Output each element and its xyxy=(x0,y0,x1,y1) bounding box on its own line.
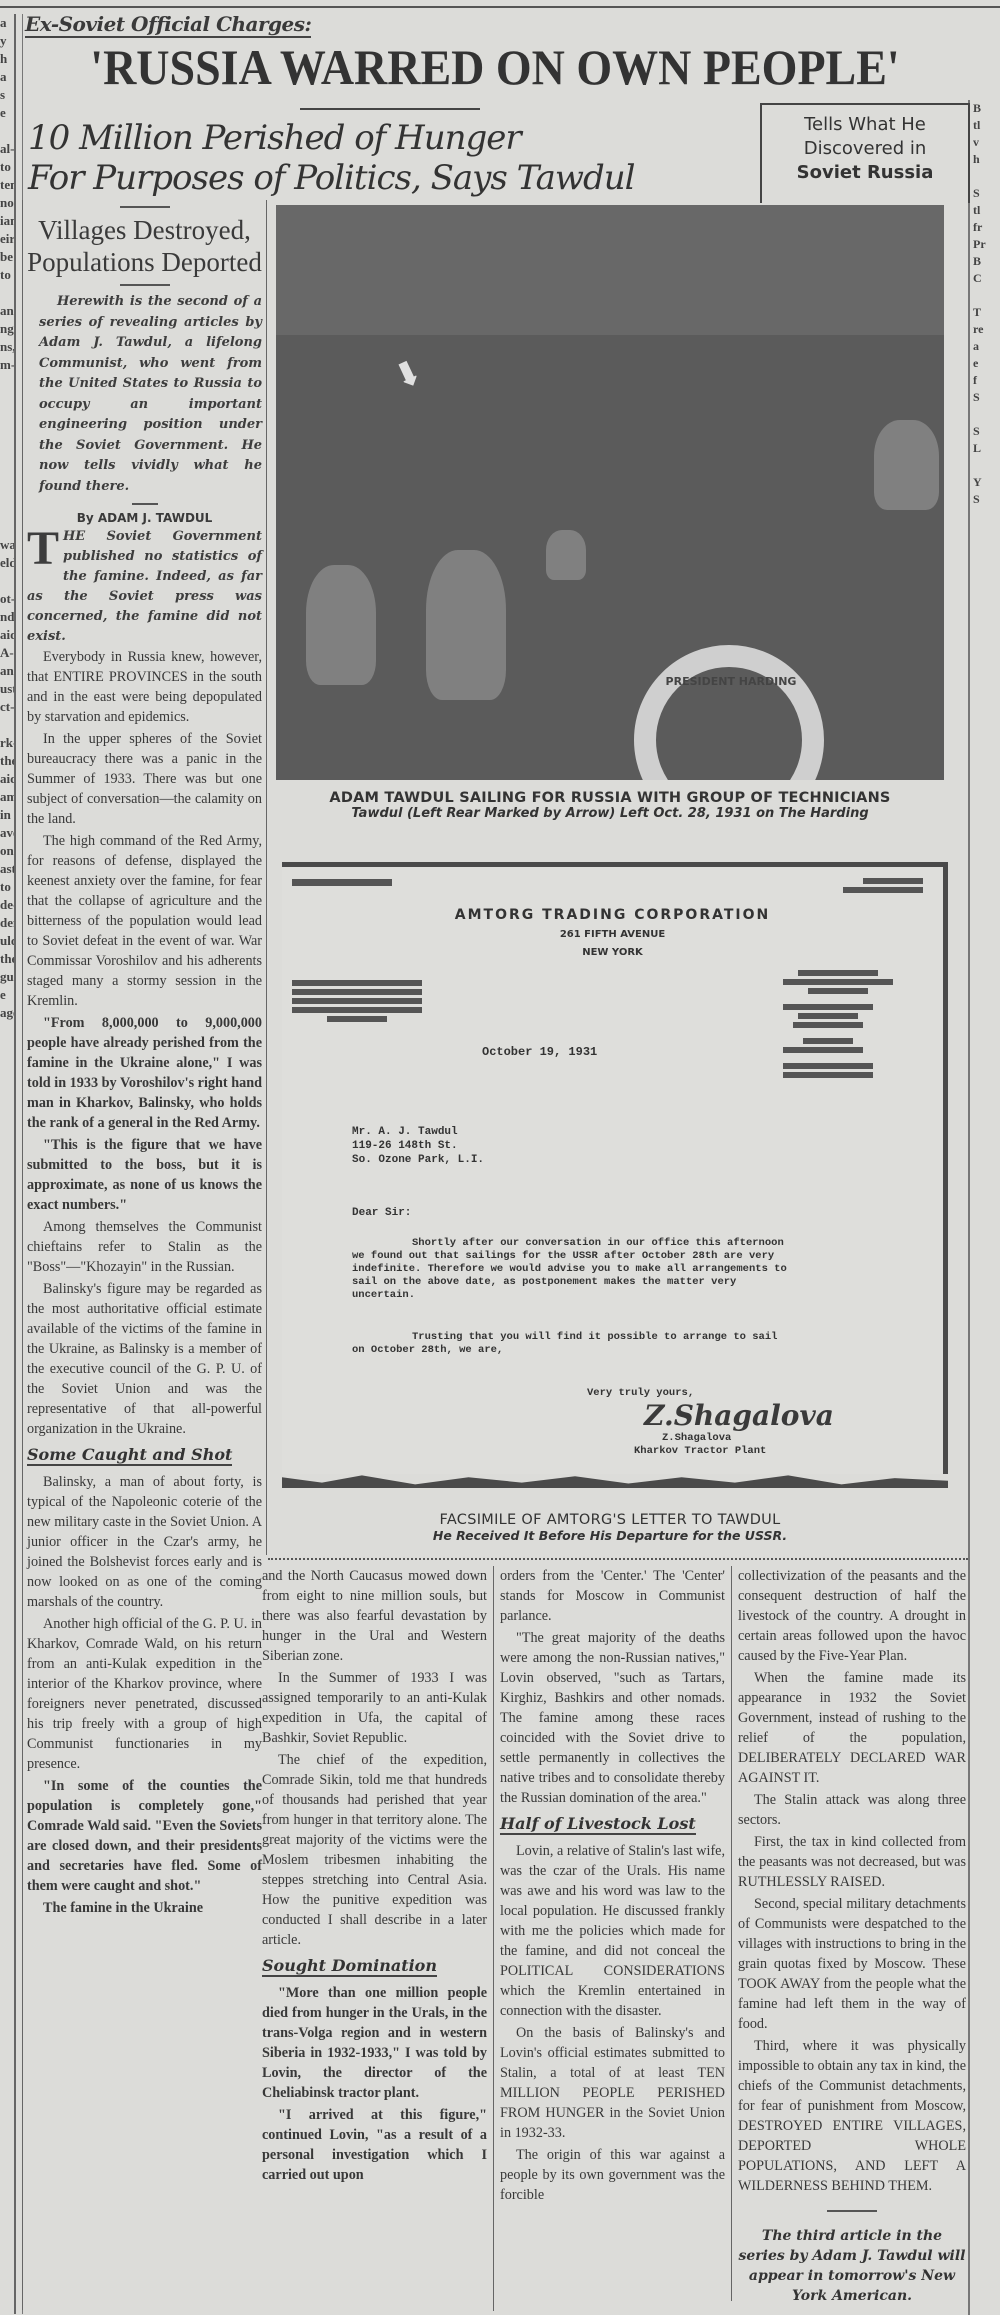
photo-figure xyxy=(546,530,586,580)
paragraph: orders from the 'Center.' The 'Center' s… xyxy=(500,1566,725,1626)
edge-text-fragment: a xyxy=(970,338,1000,355)
column-rule xyxy=(22,200,23,2310)
headline-rule xyxy=(300,108,480,110)
column-rule xyxy=(493,1566,494,2311)
edge-text-fragment: gue xyxy=(0,968,14,986)
edge-text-fragment: the xyxy=(0,752,14,770)
edge-text-fragment: the xyxy=(0,950,14,968)
edge-text-fragment xyxy=(0,446,14,464)
edge-text-fragment: h xyxy=(970,151,1000,168)
edge-text-fragment: B xyxy=(970,100,1000,117)
drop-cap: T xyxy=(27,529,59,569)
paragraph: "The great majority of the deaths were a… xyxy=(500,1628,725,1808)
article-column-4: collectivization of the peasants and the… xyxy=(738,1566,966,2306)
edge-text-fragment: uld xyxy=(0,932,14,950)
lead-paragraph: THE Soviet Government published no stati… xyxy=(27,527,262,647)
edge-text-fragment: nd xyxy=(0,608,14,626)
arrow-marker-icon: ⬇ xyxy=(387,351,430,399)
letter-recipient: Mr. A. J. Tawdul119-26 148th St.So. Ozon… xyxy=(352,1125,484,1167)
body-text: and the North Caucasus mowed down from e… xyxy=(262,1566,487,1950)
edge-text-fragment: no- xyxy=(0,194,14,212)
edge-text-fragment xyxy=(0,518,14,536)
article-column-1: Villages Destroyed, Populations Deported… xyxy=(27,200,262,1920)
edge-text-fragment: be xyxy=(0,248,14,266)
photo-figure xyxy=(306,565,376,685)
paragraph: collectivization of the peasants and the… xyxy=(738,1566,966,1666)
edge-text-fragment xyxy=(970,168,1000,185)
edge-text-fragment: ian xyxy=(0,212,14,230)
letter-signature: Z.Shagalova xyxy=(644,1399,834,1432)
paragraph: In the Summer of 1933 I was assigned tem… xyxy=(262,1668,487,1748)
letterhead-cable xyxy=(843,875,923,896)
edge-text-fragment: to xyxy=(0,158,14,176)
sidebar-box-line-1: Tells What He xyxy=(762,113,968,137)
letter-paragraph-2: Trusting that you will find it possible … xyxy=(352,1331,792,1357)
paragraph: When the famine made its appearance in 1… xyxy=(738,1668,966,1788)
sidebar-box-line-2: Discovered in xyxy=(762,137,968,161)
paragraph: "This is the figure that we have submitt… xyxy=(27,1135,262,1215)
edge-text-fragment: fr xyxy=(970,219,1000,236)
edge-text-fragment: ct- xyxy=(0,698,14,716)
edge-text-fragment: am xyxy=(0,788,14,806)
body-text: Balinsky, a man of about forty, is typic… xyxy=(27,1472,262,1918)
edge-text-fragment: a xyxy=(0,14,14,32)
paragraph: Third, where it was physically impossibl… xyxy=(738,2036,966,2196)
edge-text-fragment: eld xyxy=(0,554,14,572)
paragraph: Balinsky, a man of about forty, is typic… xyxy=(27,1472,262,1612)
recipient-street: 119-26 148th St. xyxy=(352,1139,484,1153)
sidebar-box: Tells What He Discovered in Soviet Russi… xyxy=(760,103,970,203)
paragraph: "In some of the counties the population … xyxy=(27,1776,262,1896)
edge-text-fragment: A- xyxy=(0,644,14,662)
photo-figure xyxy=(426,550,506,700)
edge-text-fragment: re xyxy=(970,321,1000,338)
edge-text-fragment xyxy=(0,464,14,482)
paragraph: Lovin, a relative of Stalin's last wife,… xyxy=(500,1841,725,2021)
edge-text-fragment xyxy=(0,716,14,734)
edge-text-fragment xyxy=(0,482,14,500)
subhead: Villages Destroyed, Populations Deported xyxy=(27,214,262,278)
edge-text-fragment: age xyxy=(0,1004,14,1022)
sidebar-box-line-3: Soviet Russia xyxy=(762,161,968,185)
letterhead-city: NEW YORK xyxy=(282,947,943,958)
paragraph: "More than one million people died from … xyxy=(262,1983,487,2103)
letter-caption: FACSIMILE OF AMTORG'S LETTER TO TAWDUL H… xyxy=(276,1512,944,1543)
edge-text-fragment: de- xyxy=(0,896,14,914)
edge-text-fragment: e xyxy=(0,986,14,1004)
separator xyxy=(132,503,158,505)
edge-text-fragment: al- xyxy=(0,140,14,158)
edge-text-fragment: ave xyxy=(0,824,14,842)
edge-text-fragment xyxy=(0,374,14,392)
paragraph: On the basis of Balinsky's and Lovin's o… xyxy=(500,2023,725,2143)
edge-text-fragment: ng xyxy=(0,320,14,338)
edge-text-fragment: rk- xyxy=(0,734,14,752)
edge-text-fragment: an xyxy=(0,662,14,680)
recipient-name: Mr. A. J. Tawdul xyxy=(352,1125,484,1139)
paragraph: The famine in the Ukraine xyxy=(27,1898,262,1918)
paragraph: "From 8,000,000 to 9,000,000 people have… xyxy=(27,1013,262,1133)
paragraph: The origin of this war against a people … xyxy=(500,2145,725,2205)
edge-text-fragment: and xyxy=(0,302,14,320)
edge-text-fragment: aid xyxy=(0,770,14,788)
edge-text-fragment: f xyxy=(970,372,1000,389)
paragraph: The chief of the expedition, Comrade Sik… xyxy=(262,1750,487,1950)
section-heading: Sought Domination xyxy=(262,1956,437,1977)
series-note: The third article in the series by Adam … xyxy=(738,2226,966,2306)
deck: 10 Million Perished of Hunger For Purpos… xyxy=(28,118,728,198)
letter-salutation: Dear Sir: xyxy=(352,1207,411,1219)
paragraph: Among themselves the Communist chieftain… xyxy=(27,1217,262,1277)
paragraph: Everybody in Russia knew, however, that … xyxy=(27,647,262,727)
adjacent-column-right: Btlvh StlfrPrBC TreaefS SL YS xyxy=(968,100,1000,2315)
dotted-rule xyxy=(268,1558,968,1560)
letterhead-address: 261 FIFTH AVENUE xyxy=(282,929,943,940)
paragraph: First, the tax in kind collected from th… xyxy=(738,1832,966,1892)
edge-text-fragment: to xyxy=(0,266,14,284)
letter-caption-subtitle: He Received It Before His Departure for … xyxy=(276,1528,944,1543)
edge-text-fragment: S xyxy=(970,389,1000,406)
edge-text-fragment: s xyxy=(0,86,14,104)
letterhead-company: AMTORG TRADING CORPORATION xyxy=(282,907,943,923)
edge-text-fragment xyxy=(970,406,1000,423)
edge-text-fragment: e xyxy=(970,355,1000,372)
paragraph: and the North Caucasus mowed down from e… xyxy=(262,1566,487,1666)
letterhead-telephone xyxy=(292,879,392,886)
intro-note: Herewith is the second of a series of re… xyxy=(27,292,262,497)
section-heading: Half of Livestock Lost xyxy=(500,1814,696,1835)
edge-text-fragment: ons xyxy=(0,842,14,860)
photo-background xyxy=(276,205,944,335)
edge-text-fragment xyxy=(0,428,14,446)
letter-paragraph-1: Shortly after our conversation in our of… xyxy=(352,1237,792,1302)
paragraph: The high command of the Red Army, for re… xyxy=(27,831,262,1011)
edge-text-fragment xyxy=(0,410,14,428)
top-rule xyxy=(0,0,1000,8)
kicker: Ex-Soviet Official Charges: xyxy=(25,12,311,38)
edge-text-fragment: eir xyxy=(0,230,14,248)
section-heading: Some Caught and Shot xyxy=(27,1445,232,1466)
edge-text-fragment xyxy=(0,572,14,590)
headline: 'RUSSIA WARRED ON OWN PEOPLE' xyxy=(67,38,923,96)
edge-text-fragment xyxy=(0,500,14,518)
edge-text-fragment: v xyxy=(970,134,1000,151)
edge-text-fragment: tl xyxy=(970,202,1000,219)
paragraph: "I arrived at this figure," continued Lo… xyxy=(262,2105,487,2185)
edge-text-fragment: to xyxy=(0,878,14,896)
edge-text-fragment: S xyxy=(970,491,1000,508)
edge-text-fragment: m- xyxy=(0,356,14,374)
edge-text-fragment: Pr xyxy=(970,236,1000,253)
edge-text-fragment: y xyxy=(0,32,14,50)
lifebuoy xyxy=(634,645,824,780)
edge-text-fragment: C xyxy=(970,270,1000,287)
article-column-3: orders from the 'Center.' The 'Center' s… xyxy=(500,1566,725,2207)
deck-line-2: For Purposes of Politics, Says Tawdul xyxy=(28,158,728,198)
edge-text-fragment: L xyxy=(970,440,1000,457)
edge-text-fragment: ns, xyxy=(0,338,14,356)
paragraph: In the upper spheres of the Soviet burea… xyxy=(27,729,262,829)
column-rule xyxy=(266,200,267,1555)
letterhead-left-block xyxy=(292,977,422,1025)
paragraph: Second, special military detachments of … xyxy=(738,1894,966,2034)
edge-text-fragment: ten xyxy=(0,176,14,194)
edge-text-fragment: B xyxy=(970,253,1000,270)
edge-text-fragment: was xyxy=(0,536,14,554)
column-rule xyxy=(731,1566,732,2301)
edge-text-fragment xyxy=(0,122,14,140)
letter-signer-name: Z.Shagalova xyxy=(662,1432,731,1444)
edge-text-fragment: ot- xyxy=(0,590,14,608)
body-text: Lovin, a relative of Stalin's last wife,… xyxy=(500,1841,725,2205)
edge-text-fragment: tl xyxy=(970,117,1000,134)
edge-text-fragment: ast. xyxy=(0,860,14,878)
byline: By ADAM J. TAWDUL xyxy=(27,511,262,525)
edge-text-fragment xyxy=(0,392,14,410)
edge-text-fragment: in xyxy=(0,806,14,824)
body-text: collectivization of the peasants and the… xyxy=(738,1566,966,2196)
letter-closing: Very truly yours, xyxy=(587,1387,694,1399)
edge-text-fragment xyxy=(970,287,1000,304)
photograph-technicians: ⬇ PRESIDENT HARDING xyxy=(276,205,944,780)
photo-figure xyxy=(874,420,939,510)
edge-text-fragment xyxy=(0,284,14,302)
letter-facsimile: AMTORG TRADING CORPORATION 261 FIFTH AVE… xyxy=(282,862,948,1474)
body-text: "More than one million people died from … xyxy=(262,1983,487,2185)
paragraph: The Stalin attack was along three sector… xyxy=(738,1790,966,1830)
paragraph: Another high official of the G. P. U. in… xyxy=(27,1614,262,1774)
photo-caption-subtitle: Tawdul (Left Rear Marked by Arrow) Left … xyxy=(276,806,944,821)
body-text: Everybody in Russia knew, however, that … xyxy=(27,647,262,1439)
edge-text-fragment: Y xyxy=(970,474,1000,491)
separator xyxy=(827,2210,877,2212)
article-column-2: and the North Caucasus mowed down from e… xyxy=(262,1566,487,2187)
edge-text-fragment: h xyxy=(0,50,14,68)
letter-signer-title: Kharkov Tractor Plant xyxy=(634,1445,766,1457)
letter-date: October 19, 1931 xyxy=(482,1045,597,1059)
newspaper-page: ayhase al-totenno-ianeirbeto andngns,m- … xyxy=(0,0,1000,2315)
edge-text-fragment: den xyxy=(0,914,14,932)
separator xyxy=(120,284,170,286)
edge-text-fragment: ust xyxy=(0,680,14,698)
letterhead-right-block xyxy=(783,967,893,1081)
deck-line-1: 10 Million Perished of Hunger xyxy=(28,118,728,158)
paragraph: Balinsky's figure may be regarded as the… xyxy=(27,1279,262,1439)
edge-text-fragment: T xyxy=(970,304,1000,321)
letter-caption-title: FACSIMILE OF AMTORG'S LETTER TO TAWDUL xyxy=(276,1512,944,1528)
photo-caption: ADAM TAWDUL SAILING FOR RUSSIA WITH GROU… xyxy=(276,790,944,821)
separator xyxy=(120,206,170,208)
edge-text-fragment: a xyxy=(0,68,14,86)
edge-text-fragment: e xyxy=(0,104,14,122)
edge-text-fragment: aid xyxy=(0,626,14,644)
edge-text-fragment: S xyxy=(970,185,1000,202)
body-text: orders from the 'Center.' The 'Center' s… xyxy=(500,1566,725,1808)
recipient-city: So. Ozone Park, L.I. xyxy=(352,1153,484,1167)
edge-text-fragment xyxy=(970,457,1000,474)
lifebuoy-text: PRESIDENT HARDING xyxy=(656,675,806,688)
photo-caption-title: ADAM TAWDUL SAILING FOR RUSSIA WITH GROU… xyxy=(276,790,944,806)
lead-text: HE Soviet Government published no statis… xyxy=(27,529,262,644)
edge-text-fragment: S xyxy=(970,423,1000,440)
